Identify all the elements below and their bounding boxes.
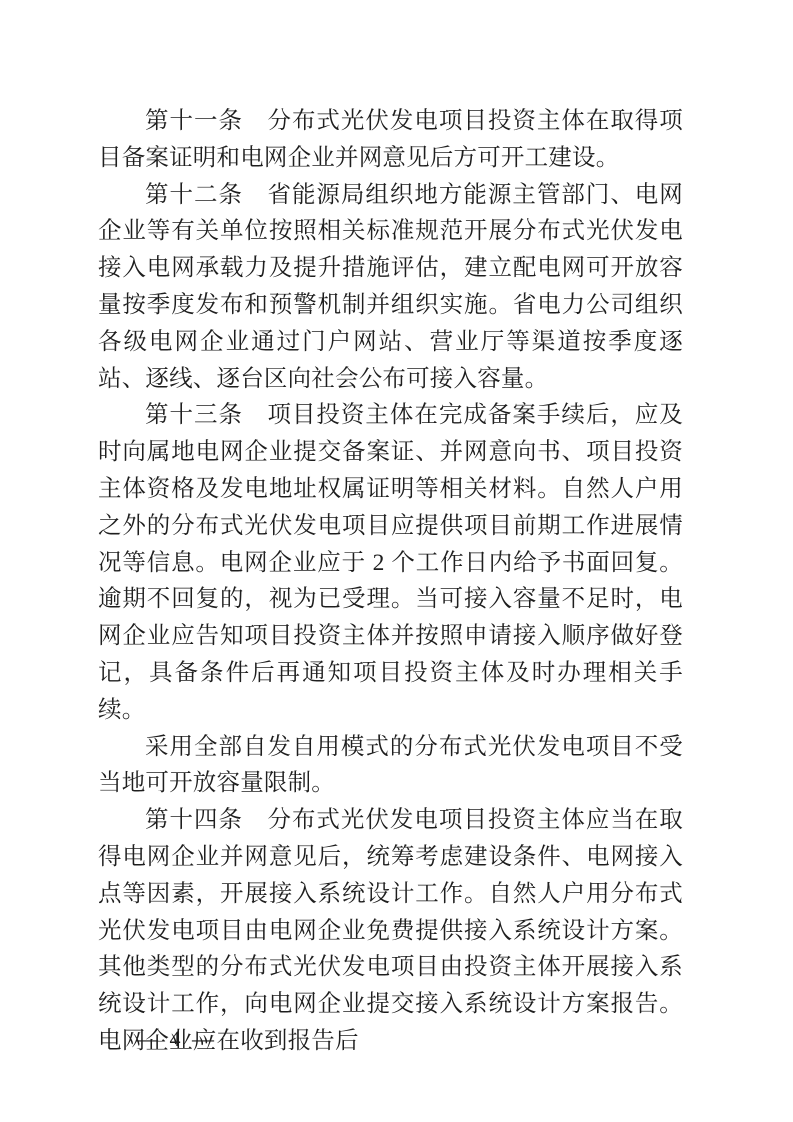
document-body: 第十一条 分布式光伏发电项目投资主体在取得项目备案证明和电网企业并网意见后方可开… — [98, 103, 683, 1060]
paragraph-article-13: 第十三条 项目投资主体在完成备案手续后，应及时向属地电网企业提交备案证、并网意向… — [98, 397, 683, 728]
paragraph-article-11: 第十一条 分布式光伏发电项目投资主体在取得项目备案证明和电网企业并网意见后方可开… — [98, 103, 683, 177]
document-page: 第十一条 分布式光伏发电项目投资主体在取得项目备案证明和电网企业并网意见后方可开… — [0, 0, 793, 1122]
paragraph-article-14: 第十四条 分布式光伏发电项目投资主体应当在取得电网企业并网意见后，统筹考虑建设条… — [98, 802, 683, 1060]
paragraph-article-12: 第十二条 省能源局组织地方能源主管部门、电网企业等有关单位按照相关标准规范开展分… — [98, 177, 683, 398]
paragraph-article-13-continued: 采用全部自发自用模式的分布式光伏发电项目不受当地可开放容量限制。 — [98, 729, 683, 803]
page-number: — 4 — — [136, 1026, 217, 1051]
page-footer: — 4 — — [136, 1026, 217, 1052]
